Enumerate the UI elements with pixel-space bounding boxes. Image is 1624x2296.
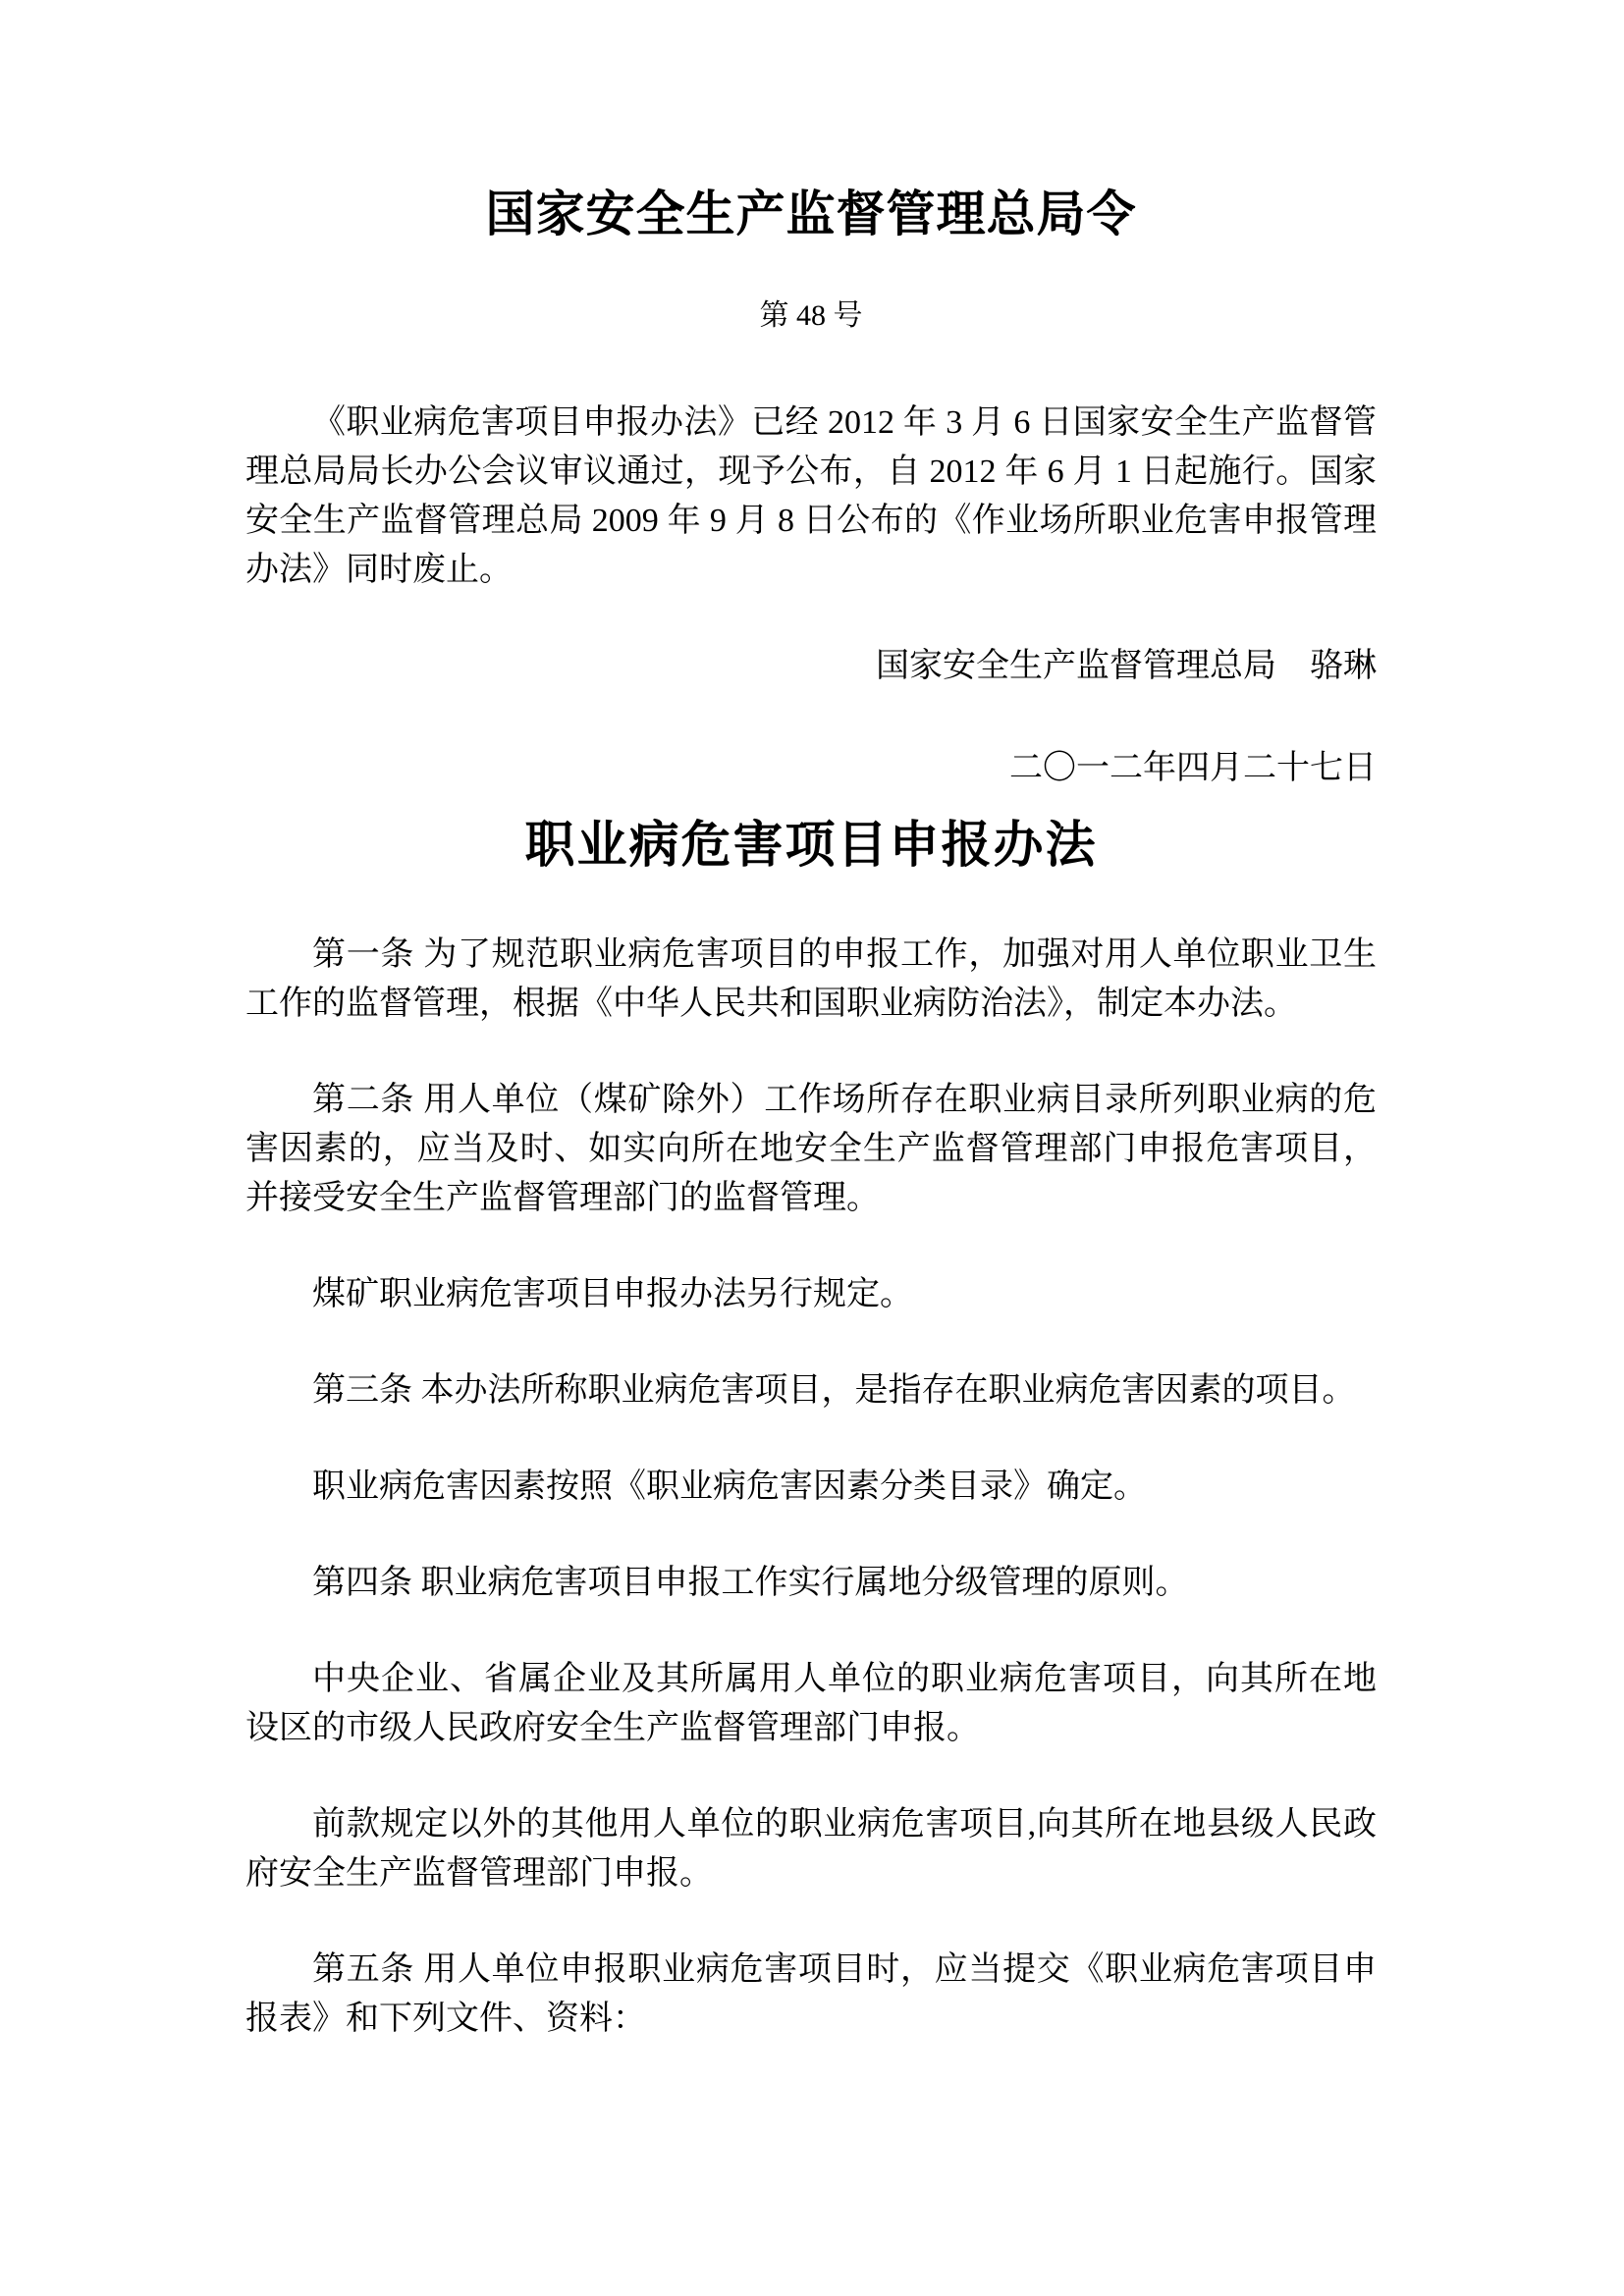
article-paragraph: 煤矿职业病危害项目申报办法另行规定。 (245, 1270, 1377, 1319)
signature-line: 国家安全生产监督管理总局 骆琳 (245, 642, 1377, 691)
preamble-paragraph: 《职业病危害项目申报办法》已经 2012 年 3 月 6 日国家安全生产监督管理… (245, 399, 1377, 595)
article-paragraph: 前款规定以外的其他用人单位的职业病危害项目,向其所在地县级人民政府安全生产监督管… (245, 1800, 1377, 1898)
article-paragraph: 第五条 用人单位申报职业病危害项目时，应当提交《职业病危害项目申报表》和下列文件… (245, 1946, 1377, 2044)
regulation-title: 职业病危害项目申报办法 (245, 819, 1377, 874)
article-paragraph: 职业病危害因素按照《职业病危害因素分类目录》确定。 (245, 1463, 1377, 1512)
article-paragraph: 第三条 本办法所称职业病危害项目，是指存在职业病危害因素的项目。 (245, 1366, 1377, 1415)
date-line: 二〇一二年四月二十七日 (245, 744, 1377, 793)
document-page: 国家安全生产监督管理总局令 第 48 号 《职业病危害项目申报办法》已经 201… (0, 0, 1624, 2296)
article-paragraph: 第四条 职业病危害项目申报工作实行属地分级管理的原则。 (245, 1559, 1377, 1608)
article-paragraph: 第一条 为了规范职业病危害项目的申报工作，加强对用人单位职业卫生工作的监督管理，… (245, 931, 1377, 1029)
articles-section: 第一条 为了规范职业病危害项目的申报工作，加强对用人单位职业卫生工作的监督管理，… (245, 931, 1377, 2044)
order-number: 第 48 号 (245, 296, 1377, 336)
article-paragraph: 第二条 用人单位（煤矿除外）工作场所存在职业病目录所列职业病的危害因素的，应当及… (245, 1076, 1377, 1223)
document-title: 国家安全生产监督管理总局令 (245, 187, 1377, 241)
article-paragraph: 中央企业、省属企业及其所属用人单位的职业病危害项目，向其所在地设区的市级人民政府… (245, 1655, 1377, 1753)
